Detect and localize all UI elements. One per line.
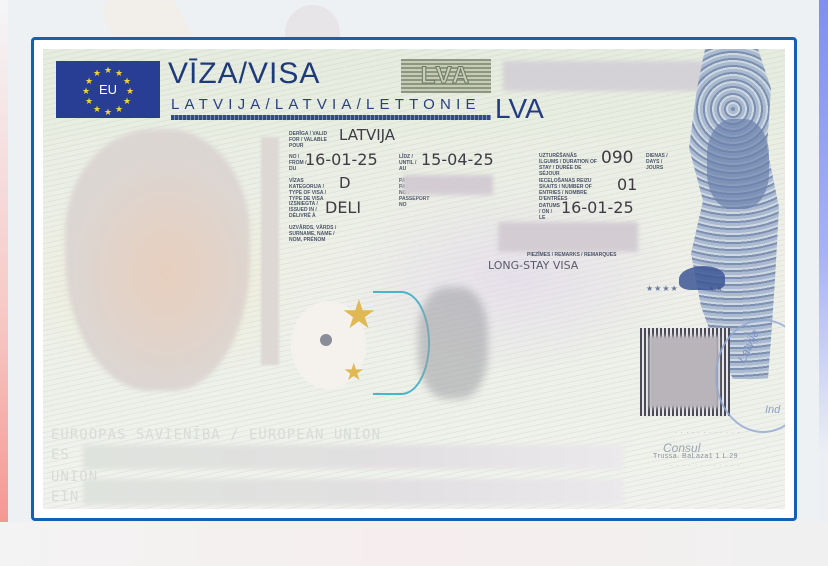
svg-text:★: ★ <box>93 104 101 114</box>
hologram-seal: ★ ★ <box>283 279 493 404</box>
until-label: LĪDZ / UNTIL / AU <box>399 154 419 172</box>
country-code: LVA <box>495 93 544 125</box>
svg-text:★: ★ <box>85 96 93 106</box>
mrz-line-4: EIN <box>51 489 79 505</box>
qr-code-blurred <box>649 336 719 408</box>
redacted-visa-number <box>503 61 705 91</box>
entries-value: 01 <box>617 175 637 194</box>
background-right-edge <box>819 0 828 566</box>
photo-strip-blurred <box>261 137 279 365</box>
background-left-edge <box>0 0 8 566</box>
duration-unit: DIENAS / DAYS / JOURS <box>646 153 670 171</box>
hologram-dot <box>320 334 332 346</box>
name-label: UZVĀRDS, VĀRDS / SURNAME, NAME / NOM, PR… <box>289 225 339 243</box>
valid-for-label: DERĪGA / VALID FOR / VALABLE POUR <box>289 131 331 149</box>
stamp-text-bottom: Ind <box>765 404 780 416</box>
svg-text:★: ★ <box>123 96 131 106</box>
svg-text:★: ★ <box>104 107 112 117</box>
hologram-star-icon: ★ <box>343 361 365 385</box>
microprint-line <box>171 115 491 120</box>
issued-in-label: IZSNIEGTA / ISSUED IN / DÉLIVRÉ À <box>289 201 321 219</box>
signature-caption: · · · · · · · · · · · · <box>675 430 740 436</box>
visa-type-value: D <box>339 174 351 192</box>
svg-text:★: ★ <box>115 68 123 78</box>
duration-value: 090 <box>601 148 633 168</box>
hologram-dark-area <box>418 287 488 399</box>
redacted-mrz <box>83 479 623 505</box>
svg-text:★: ★ <box>104 65 112 75</box>
mrz-line-2: ES <box>51 447 70 463</box>
signature-line: Trussa. BaLaza1 1 L.29 <box>653 453 738 460</box>
svg-text:★: ★ <box>115 104 123 114</box>
holder-photo-blurred <box>65 129 250 391</box>
redacted-passport-number <box>403 175 493 195</box>
eu-flag-icon: ★ ★ ★ ★ ★ ★ ★ ★ ★ ★ ★ ★ EU <box>56 61 160 118</box>
redacted-holder-name <box>498 222 638 252</box>
issued-in-value: DELI <box>325 198 361 217</box>
date-label: DATUMS / ON / LE <box>539 203 559 221</box>
until-value: 15-04-25 <box>421 150 494 169</box>
guilloche-pattern-dark <box>707 119 769 209</box>
svg-text:★: ★ <box>93 68 101 78</box>
duration-label: UZTURĒŠANĀS ILGUMS / DURATION OF STAY / … <box>539 153 597 177</box>
hologram-star-icon: ★ <box>341 295 377 335</box>
visa-frame: ★ ★ ★ ★ ★ ★ ★ ★ ★ ★ ★ ★ EU VĪZA/VISA LAT… <box>31 37 797 521</box>
lva-emblem: LVA <box>401 59 491 93</box>
remarks-label: PIEZĪMES / REMARKS / REMARQUES <box>527 252 677 258</box>
redacted-mrz <box>83 445 623 469</box>
issue-date-value: 16-01-25 <box>561 198 634 217</box>
signature-caption-2: · · · · · · · · · · · · <box>671 463 741 469</box>
emblem-animal-icon <box>679 266 725 290</box>
valid-for-value: LATVIJA <box>339 126 395 144</box>
visa-title: VĪZA/VISA <box>168 57 320 91</box>
visa-subtitle: LATVIJA/LATVIA/LETTONIE <box>171 96 481 113</box>
mrz-line-1: EUROOPAS SAVIENĪBA / EUROPEAN UNION <box>51 427 381 443</box>
visa-sticker: ★ ★ ★ ★ ★ ★ ★ ★ ★ ★ ★ ★ EU VĪZA/VISA LAT… <box>43 49 785 509</box>
from-value: 16-01-25 <box>305 150 378 169</box>
remarks-value: LONG-STAY VISA <box>488 259 578 272</box>
eu-flag-label: EU <box>56 82 160 97</box>
background-bottom <box>0 522 828 566</box>
